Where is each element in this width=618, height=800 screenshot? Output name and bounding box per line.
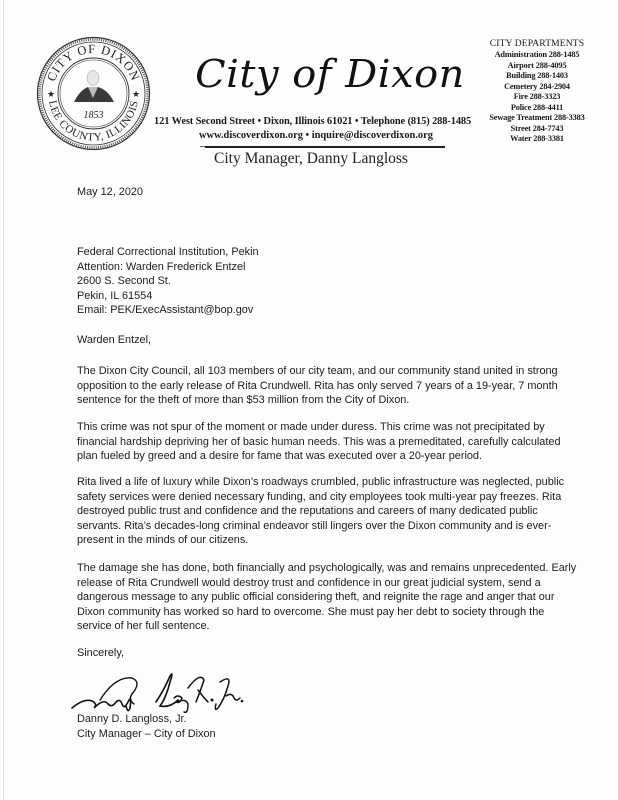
paragraph-line: financial hardship depriving her of basi…	[77, 435, 561, 450]
departments-title: CITY DEPARTMENTS	[478, 38, 596, 49]
city-seal-icon: CITY OF DIXON LEE COUNTY, ILLINOIS ★ ★ 1…	[36, 36, 151, 151]
paragraph-line: dangerous message to any public official…	[77, 590, 576, 605]
header-divider	[205, 146, 445, 148]
recipient-address: Federal Correctional Institution, Pekin …	[77, 245, 259, 318]
paragraph-line: destroyed public trust and confidence an…	[77, 504, 564, 519]
recipient-line: Federal Correctional Institution, Pekin	[77, 245, 259, 260]
department-item: Sewage Treatment 288-3383	[478, 113, 596, 124]
recipient-line: Pekin, IL 61554	[77, 289, 259, 304]
letter-page: CITY OF DIXON LEE COUNTY, ILLINOIS ★ ★ 1…	[0, 0, 618, 800]
letterhead-subtitle: City Manager, Danny Langloss	[214, 150, 408, 168]
closing: Sincerely,	[77, 646, 124, 661]
signer-name: Danny D. Langloss, Jr.	[77, 712, 216, 727]
department-item: Cemetery 284-2904	[478, 82, 596, 93]
paragraph-line: opposition to the early release of Rita …	[77, 379, 558, 394]
salutation: Warden Entzel,	[77, 333, 151, 348]
department-item: Building 288-1403	[478, 71, 596, 82]
paragraph-3: Rita lived a life of luxury while Dixon’…	[77, 475, 564, 548]
svg-text:1853: 1853	[84, 110, 104, 121]
paragraph-line: sentence for the theft of more than $53 …	[77, 393, 558, 408]
letterhead-web-contact: www.discoverdixon.org • inquire@discover…	[199, 130, 433, 141]
recipient-line: Attention: Warden Frederick Entzel	[77, 260, 259, 275]
paragraph-line: Dixon community has worked so hard to ov…	[77, 605, 576, 620]
paragraph-line: present in the minds of our citizens.	[77, 533, 564, 548]
paragraph-line: Rita lived a life of luxury while Dixon’…	[77, 475, 564, 490]
recipient-line: 2600 S. Second St.	[77, 274, 259, 289]
svg-text:★: ★	[132, 89, 140, 99]
signer-block: Danny D. Langloss, Jr. City Manager – Ci…	[77, 712, 216, 741]
paragraph-line: servants. Rita’s decades-long criminal e…	[77, 519, 564, 534]
department-item: Fire 288-3323	[478, 92, 596, 103]
letterhead-address: 121 West Second Street • Dixon, Illinois…	[154, 116, 471, 127]
paragraph-2: This crime was not spur of the moment or…	[77, 420, 561, 464]
paragraph-line: The Dixon City Council, all 103 members …	[77, 364, 558, 379]
paragraph-1: The Dixon City Council, all 103 members …	[77, 364, 558, 408]
handwritten-signature-icon	[70, 668, 245, 716]
department-item: Street 284-7743	[478, 124, 596, 135]
svg-text:★: ★	[47, 89, 55, 99]
paragraph-4: The damage she has done, both financiall…	[77, 561, 576, 634]
city-departments: CITY DEPARTMENTS Administration 288-1485…	[478, 38, 596, 145]
page-edge	[3, 0, 4, 800]
department-item: Administration 288-1485	[478, 50, 596, 61]
signer-title: City Manager – City of Dixon	[77, 727, 216, 742]
paragraph-line: This crime was not spur of the moment or…	[77, 420, 561, 435]
recipient-email: Email: PEK/ExecAssistant@bop.gov	[77, 303, 259, 318]
paragraph-line: plan fueled by greed and a desire for fa…	[77, 449, 561, 464]
letter-date: May 12, 2020	[77, 185, 143, 200]
paragraph-line: release of Rita Crundwell would destroy …	[77, 576, 576, 591]
letterhead-title: City of Dixon	[194, 52, 467, 96]
department-item: Water 288-3381	[478, 134, 596, 145]
paragraph-line: service of her full sentence.	[77, 619, 576, 634]
department-item: Airport 288-4095	[478, 61, 596, 72]
department-item: Police 288-4411	[478, 103, 596, 114]
paragraph-line: The damage she has done, both financiall…	[77, 561, 576, 576]
paragraph-line: safety services were denied necessary fu…	[77, 490, 564, 505]
